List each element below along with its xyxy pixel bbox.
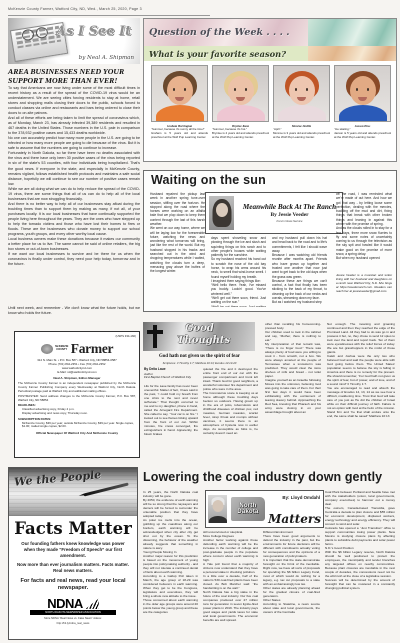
face bbox=[289, 76, 315, 105]
nd-matters-column-header: North Dakota By: Lloyd Omdahl Matters bbox=[205, 490, 324, 528]
respondent-card-3: Monroe Deville “April.” Monroe is 3 year… bbox=[273, 65, 330, 140]
ndna-association-bar: NORTH DAKOTA NEWSPAPER ASSOCIATION bbox=[30, 610, 116, 614]
question-text: What is your favorite season? bbox=[149, 49, 286, 59]
marble-decoration-teal bbox=[308, 19, 397, 46]
ranch-author-tagline: Jessie Veeder is a musician and writer l… bbox=[336, 274, 392, 293]
face bbox=[350, 76, 376, 105]
news-service: Forum News Service bbox=[237, 219, 342, 223]
coal-column-section: Lowering the coal industry down gently N… bbox=[143, 470, 397, 642]
newspaper-fan-icon bbox=[85, 598, 99, 609]
brand-word-dakota: Dakota bbox=[237, 509, 258, 515]
editorial-closing: Until next week, and remember - We don't… bbox=[8, 306, 140, 316]
respondent-bio: Monroe is 3 years old and attends presch… bbox=[273, 132, 330, 140]
face bbox=[167, 76, 193, 105]
masthead-email: E-Mail: nd@watfordcitynd.com bbox=[18, 371, 136, 375]
coal-text-col-3: Different Environment There have been go… bbox=[263, 530, 320, 640]
usps-number: (USPS 334-160) bbox=[18, 335, 136, 339]
column-logo-byline: by Neal A. Shipman bbox=[79, 55, 134, 61]
respondent-bio: Graham is 5 years old and attends presch… bbox=[151, 132, 208, 140]
facts-matter-line1: Our founding fathers knew knowledge was … bbox=[17, 541, 129, 559]
masthead-editor: Neal A. Shipman, Editor-Manager bbox=[18, 376, 136, 380]
ndna-logo: NDNA bbox=[9, 598, 137, 610]
good-thoughts-col-1: Life for the Laue family has never been … bbox=[144, 384, 198, 464]
masthead-name-big: Farmer bbox=[71, 340, 113, 358]
banner-word-1: Good bbox=[185, 323, 214, 334]
ranch-headline: Waiting on the sun bbox=[151, 173, 266, 187]
column-title: Meanwhile Back At The Ranch bbox=[237, 203, 342, 211]
brand-script-matters: Matters bbox=[268, 512, 321, 526]
cross-icon bbox=[153, 325, 157, 348]
masthead-name-small: McKENZIE COUNTY bbox=[55, 346, 69, 352]
good-thoughts-headline: God hath not given us the spirit of fear bbox=[143, 354, 256, 359]
column-byline: By Jessie Veeder bbox=[237, 212, 342, 218]
publisher-note: The McKenzie County Farmer is an indepen… bbox=[18, 382, 136, 394]
good-thoughts-col-4: Not enough. The moaning and groaning con… bbox=[327, 322, 395, 464]
banner-word-2: Thoughts bbox=[177, 335, 230, 346]
shirt bbox=[339, 105, 387, 122]
question-banner: What is your favorite season? bbox=[144, 46, 308, 61]
respondent-photo bbox=[273, 65, 330, 122]
shirt bbox=[156, 105, 204, 122]
farm-logo-icon bbox=[41, 344, 53, 354]
respondent-photo bbox=[334, 65, 391, 122]
ranch-column-titles: Meanwhile Back At The Ranch By Jessie Ve… bbox=[237, 203, 342, 223]
coal-text-col-1: In 25 years, the North Dakota coal indus… bbox=[143, 490, 198, 640]
ranch-text-col-4: off the road, I was reminded what we're … bbox=[336, 192, 392, 272]
face bbox=[228, 76, 254, 105]
editorial-headline: AREA BUSINESSES NEED YOUR SUPPORT MORE T… bbox=[8, 68, 140, 86]
coal-text-col-2: still unconvinced or skeptical. More Col… bbox=[203, 530, 258, 640]
question-of-week-box: Question of the Week . . . . What is you… bbox=[143, 18, 397, 162]
good-thoughts-col-2: quieted the fire and it destroyed the en… bbox=[203, 367, 258, 464]
face bbox=[216, 203, 228, 217]
nd-matters-titles: By: Lloyd Omdahl Matters bbox=[267, 491, 323, 527]
good-thoughts-col-3: other than recalling his homecoming-pres… bbox=[265, 322, 321, 464]
respondent-card-2: Brynlee Kunz “Summer, because it's hot.”… bbox=[212, 65, 269, 140]
coal-text-col-4: Coal Plant between Portland and Seattle … bbox=[325, 490, 395, 640]
rates-text: McKenzie County, $36 per year; outside M… bbox=[18, 422, 136, 430]
masthead-box: (USPS 334-160) McKENZIE COUNTY Farmer 31… bbox=[14, 331, 140, 458]
deadlines-text: Classified advertising copy, Friday 4 p.… bbox=[18, 408, 136, 416]
ranch-column-box: Waiting on the sun Meanwhile Back At The… bbox=[143, 170, 397, 312]
respondent-card-1: Graham Harrington “Summer, because it's … bbox=[151, 65, 208, 140]
facts-matter-line2: Now more than ever journalism matters. F… bbox=[17, 562, 129, 574]
good-thoughts-byline: By Delia Laue bbox=[144, 367, 166, 371]
respondent-bio: Brynlee is 4 years old and attends presc… bbox=[212, 132, 269, 140]
we-the-people-script: We the People bbox=[14, 468, 102, 489]
north-dakota-state-shape: North Dakota bbox=[231, 497, 265, 521]
lloyd-omdahl-photo bbox=[208, 495, 227, 523]
good-thoughts-banner: Good Thoughts bbox=[143, 322, 255, 351]
author-church: First Baptist Church of Watford City bbox=[144, 376, 198, 380]
ndna-wordmark: NDNA bbox=[47, 598, 83, 610]
marble-decoration-orange bbox=[308, 46, 397, 61]
respondent-photo bbox=[212, 65, 269, 122]
facts-matter-line3: For facts and real news, read your local… bbox=[17, 578, 129, 593]
good-thoughts-section: Good Thoughts God hath not given us the … bbox=[143, 320, 397, 466]
respondent-bio: Jaxson is 5 years old and attends presch… bbox=[334, 132, 391, 140]
official-newspaper-note: Official Newspaper Of Watford City And M… bbox=[18, 431, 136, 435]
column-logo-title: As I See It bbox=[56, 24, 131, 39]
shirt bbox=[278, 105, 326, 122]
shirt bbox=[217, 105, 265, 122]
page-running-header: McKenzie County Farmer, Watford City, ND… bbox=[8, 7, 142, 11]
facts-matter-ad: We the People Facts Matter Our founding … bbox=[8, 467, 138, 640]
header-rule bbox=[8, 15, 210, 16]
ndna-fine-print-2: http://bit.ly/ndna_real_news bbox=[9, 622, 137, 625]
question-title: Question of the Week . . . . bbox=[149, 27, 290, 38]
postmaster-note: POSTMASTER: Send address changes to the … bbox=[18, 395, 136, 403]
suit bbox=[209, 516, 227, 523]
masthead-logo: McKENZIE COUNTY Farmer bbox=[18, 340, 136, 358]
ndna-fine-print-1: More NDNA “Real News vs. Fake News” vide… bbox=[9, 617, 137, 620]
face bbox=[212, 500, 223, 512]
quill-pen-icon bbox=[83, 482, 128, 496]
respondent-photo bbox=[151, 65, 208, 122]
ranch-text-col-1: Husband repaired the pickup last week in… bbox=[150, 192, 205, 307]
respondent-card-4: Jaxson Hess “Ice skating.” Jaxson is 5 y… bbox=[334, 65, 391, 140]
as-i-see-it-logo: As I See It by Neal A. Shipman bbox=[8, 18, 140, 64]
ranch-text-col-2: days spent shoveling snow and plowing th… bbox=[211, 236, 266, 307]
jessie-veeder-photo bbox=[209, 196, 234, 230]
editorial-body: To say that Americans are now living und… bbox=[8, 86, 140, 302]
ranch-column-header: Meanwhile Back At The Ranch By Jessie Ve… bbox=[205, 192, 343, 234]
coal-byline: By: Lloyd Omdahl bbox=[282, 495, 320, 500]
coal-headline: Lowering the coal industry down gently bbox=[143, 470, 382, 484]
constitution-image: We the People bbox=[9, 468, 137, 516]
ranch-text-col-3: and my husband pull down his hat and hea… bbox=[272, 236, 327, 307]
ranch-body: Meanwhile Back At The Ranch By Jessie Ve… bbox=[150, 192, 390, 307]
facts-matter-title: Facts Matter bbox=[9, 519, 137, 538]
scripture-reference: Scriptures: II Timothy 1:7; Matthew 10:1… bbox=[143, 361, 256, 365]
question-title-banner: Question of the Week . . . . bbox=[144, 19, 308, 46]
